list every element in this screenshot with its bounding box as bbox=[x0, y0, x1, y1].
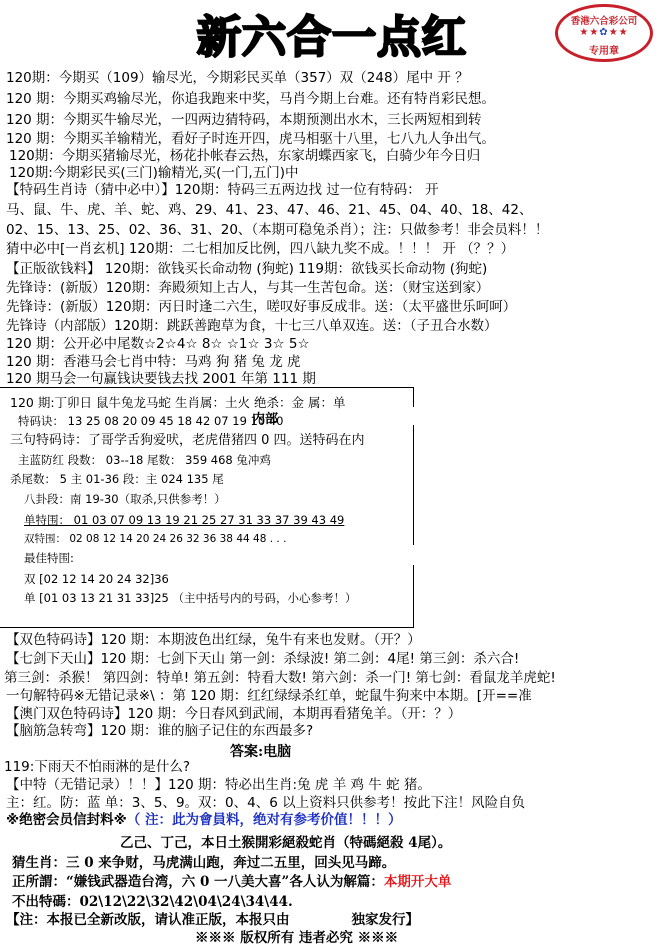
poem-line: 120 期：公开必中尾数☆2☆4☆ 8☆ ☆1☆ 3☆ 5☆ bbox=[6, 336, 310, 353]
bottom-line: 【双色特码诗】120 期：本期波色出红绿，兔牛有来也发财。（开？） bbox=[6, 632, 421, 649]
poem-line: 先锋诗：(新版）120期：丙日时逢二六生，嗟叹好事反成非。送：（太平盛世乐呵呵） bbox=[6, 299, 516, 316]
stamp-stars: ★★✿★★ bbox=[558, 27, 650, 38]
bottom-line: 一句解特码※无错记录※\ ：第 120 期：红红绿绿杀红单，蛇鼠牛狗来中本期。[… bbox=[6, 688, 532, 705]
box-line: 三句特码诗：了哥学舌狗爱吠，老虎借猪四 0 四。送特码在内 bbox=[10, 432, 365, 449]
poem-line: 【正版欲钱料】 120期：欲钱买长命动物 (狗蛇) 119期：欲钱买长命动物 (… bbox=[6, 261, 487, 278]
footer-line: 乙己、丁己，本日土猴開彩絕殺蛇肖（特碼絕殺 4尾）。 bbox=[120, 831, 451, 851]
member-note: （ 注：此为會員料，绝对有参考价值！！！） bbox=[127, 812, 402, 828]
bottom-line: 【澳门双色特码诗】120 期：今日春风到武闹，本期再看猪兔羊。（开：？） bbox=[6, 706, 461, 723]
box-border-gap bbox=[412, 407, 418, 425]
top-line: 120 期：今期买羊输精光，看好子时连开四，虎马相驱十八里，七八九人争出气。 bbox=[6, 131, 495, 148]
member-line: ※绝密会员信封料※（ 注：此为會員料，绝对有参考价值！！！） bbox=[6, 812, 401, 829]
footer-quote: 正所謂：“嫌钱武器造台湾，六 0 一八美大喜”各人认为解篇： bbox=[12, 874, 384, 890]
box-line: 双特围： 02 08 12 14 20 24 26 32 36 38 44 48… bbox=[24, 532, 286, 547]
inner-label: 内部 bbox=[252, 408, 278, 427]
box-line: 单特围： 01 03 07 09 13 19 21 25 27 31 33 37… bbox=[24, 513, 344, 528]
box-line: 最佳特围: bbox=[24, 551, 74, 566]
box-line: 双 [02 12 14 20 24 32]36 bbox=[24, 572, 169, 587]
star-icon: ★★ bbox=[609, 27, 629, 38]
footer-line: 不出特碼：02\12\22\32\42\04\24\34\44. bbox=[12, 890, 293, 910]
bottom-line: 【脑筋急转弯】120 期：谁的脑子记住的东西最多? bbox=[6, 723, 313, 740]
box-border-gap bbox=[412, 545, 418, 565]
footer-line: 正所謂：“嫌钱武器造台湾，六 0 一八美大喜”各人认为解篇：本期开大单 bbox=[12, 870, 451, 890]
poem-line: 马、鼠、牛、虎、羊、蛇、鸡、29、41、23、47、46、21、45、04、40… bbox=[6, 202, 532, 219]
box-line: 120 期:丁卯日 鼠牛兔龙马蛇 生肖属：土火 绝杀：金 属：单 bbox=[10, 395, 345, 410]
footer-line: 猜生肖：三 0 来争财，马虎满山跑，奔过二五里，回头见马蹄。 bbox=[12, 851, 395, 871]
top-line: 120期：今期买（109）输尽光，今期彩民买单（357）双（248）尾中 开 ？ bbox=[6, 70, 469, 87]
top-line: 120 期：今期买牛输尽光，一四两边猜特码，本期预测出水木，三长两短相到转 bbox=[6, 112, 482, 129]
box-line: 杀尾数： 5 主 01-36 段：主 024 135 尾 bbox=[10, 472, 224, 487]
box-line: 八卦段：南 19-30（取杀,只供参考！） bbox=[24, 492, 226, 507]
poem-line: 猜中必中[一肖玄机] 120期：二七相加反比例，四八缺九奖不成。！！！ 开 （？… bbox=[6, 241, 514, 258]
poem-line: 先锋诗：(新版）120期：奔殿须知上古人，与其一生苦包命。送：（财宝送到家） bbox=[6, 280, 489, 297]
poem-line: 先锋诗（内部版）120期：跳跃善跑草为食，十七三八单双连。送：（子丑合水数） bbox=[6, 318, 498, 335]
stamp-top-text: 香港六合彩公司 bbox=[558, 13, 650, 27]
poem-line: 02、15、13、25、02、36、31、20、（本期可稳兔杀肖）；注：只做参考… bbox=[6, 222, 548, 239]
poem-header: 【特码生肖诗（猜中必中）】120期：特码三五两边找 过一位有特码： 开 bbox=[6, 182, 439, 199]
zhongte-line: 主：红。防：蓝 单：3、5、9。双：0、4、6 以上资料只供参考！按此下注！风险… bbox=[6, 795, 525, 812]
footer-highlight: 本期开大单 bbox=[384, 874, 452, 890]
riddle-next-question: 119:下雨天不怕雨淋的是什么? bbox=[4, 759, 190, 776]
box-line: 特码诀： 13 25 08 20 09 45 18 42 07 19 10 40 bbox=[18, 414, 283, 429]
top-line: 120期：今期买猪输尽光，杨花扑帐春云热，东家胡蝶西家飞，白骑少年今日归 bbox=[9, 148, 480, 165]
poem-line: 120 期：香港马会七肖中特：马鸡 狗 猪 兔 龙 虎 bbox=[6, 354, 301, 371]
page-title: 新六合一点红 bbox=[192, 12, 472, 64]
star-icon: ★★ bbox=[579, 27, 599, 38]
flower-icon: ✿ bbox=[599, 27, 608, 38]
poem-line: 120 期马会一句赢钱诀要钱去找 2001 年第 111 期 bbox=[6, 371, 316, 388]
riddle-answer: 答案:电脑 bbox=[230, 741, 291, 761]
bottom-line: 【七剑下天山】120 期：七剑下天山 第一剑：杀绿波! 第二剑：4尾! 第三剑：… bbox=[6, 651, 519, 668]
bottom-line: 第三剑：杀猴！ 第四剑：特单! 第五剑：特看大数! 第六剑：杀一门! 第七剑：看… bbox=[4, 670, 556, 687]
footer-line: 【注：本报已全新改版，请认准正版，本报只由独家发行】 bbox=[6, 908, 419, 928]
stamp-bottom-text: 专用章 bbox=[558, 42, 650, 57]
zhongte-line: 【中特（无错记录）！！】120 期：特必出生肖:兔 虎 羊 鸡 牛 蛇 猪。 bbox=[6, 777, 431, 794]
box-line: 主蓝防红 段数： 03--18 尾数： 359 468 兔冲鸡 bbox=[18, 453, 271, 468]
company-stamp: 香港六合彩公司 ★★✿★★ 专用章 bbox=[555, 4, 653, 62]
member-label: ※绝密会员信封料※ bbox=[6, 812, 127, 828]
top-line: 120 期：今期买鸡输尽光，你追我跑来中奖，马肖今期上台难。还有特肖彩民想。 bbox=[6, 91, 495, 108]
box-line: 单 [01 03 13 21 31 33]25 （主中括号内的号码，小心参考！） bbox=[24, 591, 357, 606]
copyright-line: ※※※ 版权所有 违者必究 ※※※ bbox=[195, 926, 398, 944]
top-line: 120期:今期彩民买(三门)输精光,买(一门,五门)中 bbox=[9, 165, 298, 182]
